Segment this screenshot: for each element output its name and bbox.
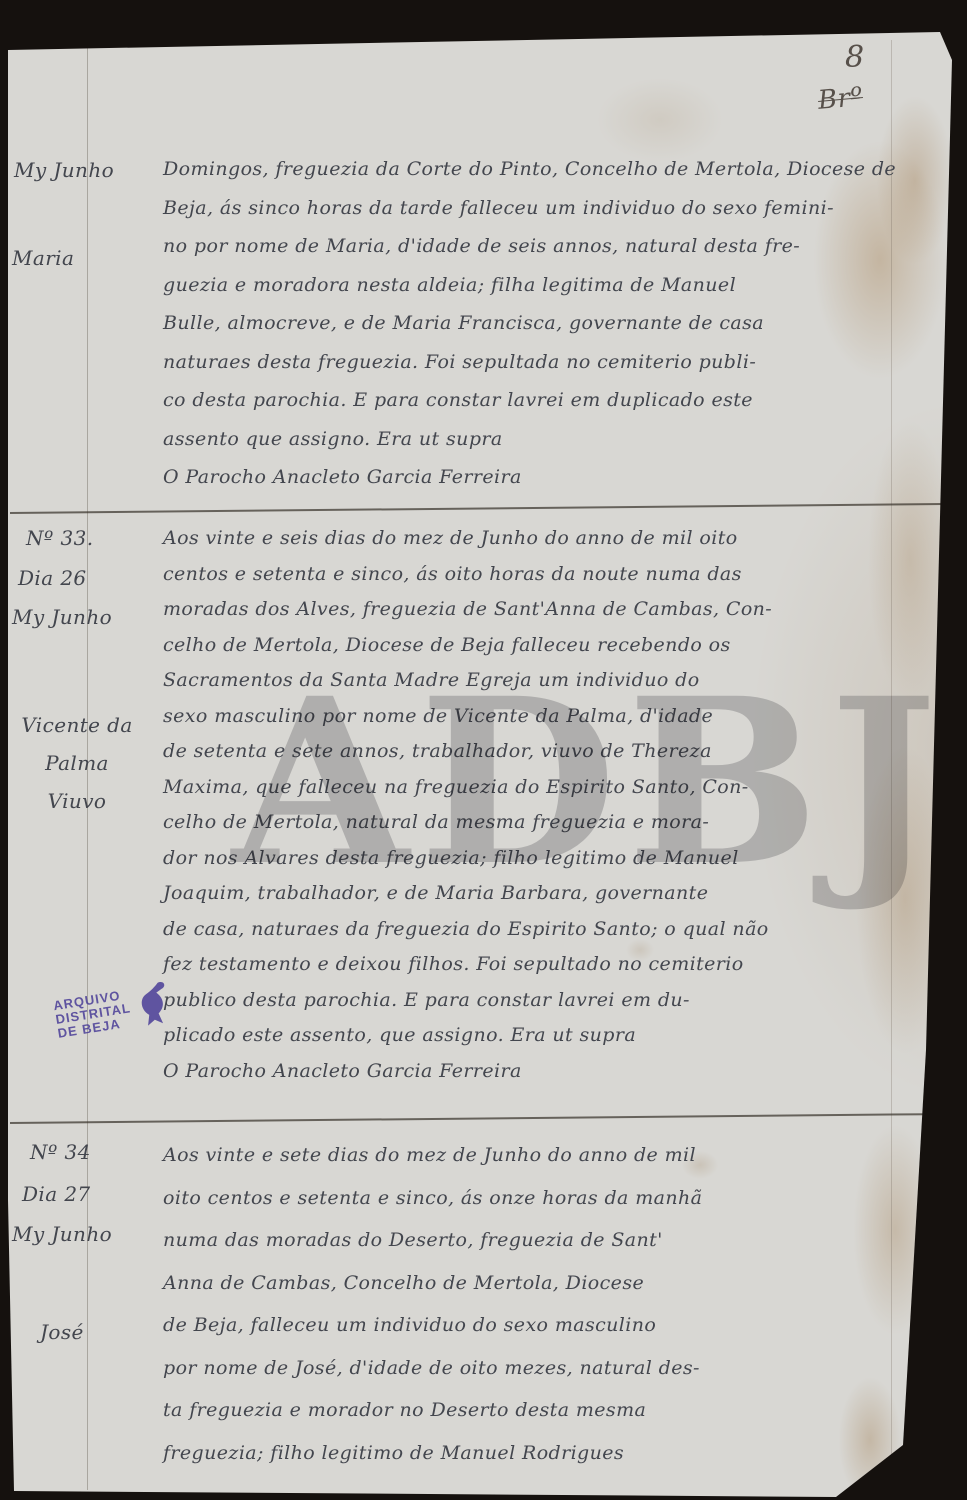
record3-margin-day: Dia 27 [22,1182,91,1206]
record1-margin-name: Maria [12,246,74,270]
record2-margin-number: Nº 33. [26,526,93,550]
record3-margin-month: My Junho [12,1222,112,1246]
record2-margin-name: Vicente da Palma Viuvo [2,706,152,820]
record1-body-text: Domingos, freguezia da Corte do Pinto, C… [163,150,923,497]
record3-margin-name: José [40,1320,84,1344]
record3-margin-number: Nº 34 [30,1140,91,1164]
record2-margin-day: Dia 26 [18,566,87,590]
record-separator-line-2 [10,1113,958,1124]
record-separator-line-1 [10,503,958,514]
record3-body-text: Aos vinte e sete dias do mez de Junho do… [163,1134,923,1474]
archive-stamp: ARQUIVO DISTRITAL DE BEJA [52,976,175,1045]
page-number: 8 [845,40,865,75]
register-page-paper: 8 Brº My Junho Maria Domingos, freguezia… [0,0,967,1500]
stamp-bird-icon [129,976,175,1033]
record1-margin-month: My Junho [14,158,114,182]
archive-stamp-text: ARQUIVO DISTRITAL DE BEJA [52,987,134,1040]
record2-margin-month: My Junho [12,605,112,629]
page-annotation: Brº [817,82,864,116]
scanned-parish-register-page: { "document": { "page_number": "8", "pag… [0,0,967,1500]
record2-body-text: Aos vinte e seis dias do mez de Junho do… [163,521,923,1089]
